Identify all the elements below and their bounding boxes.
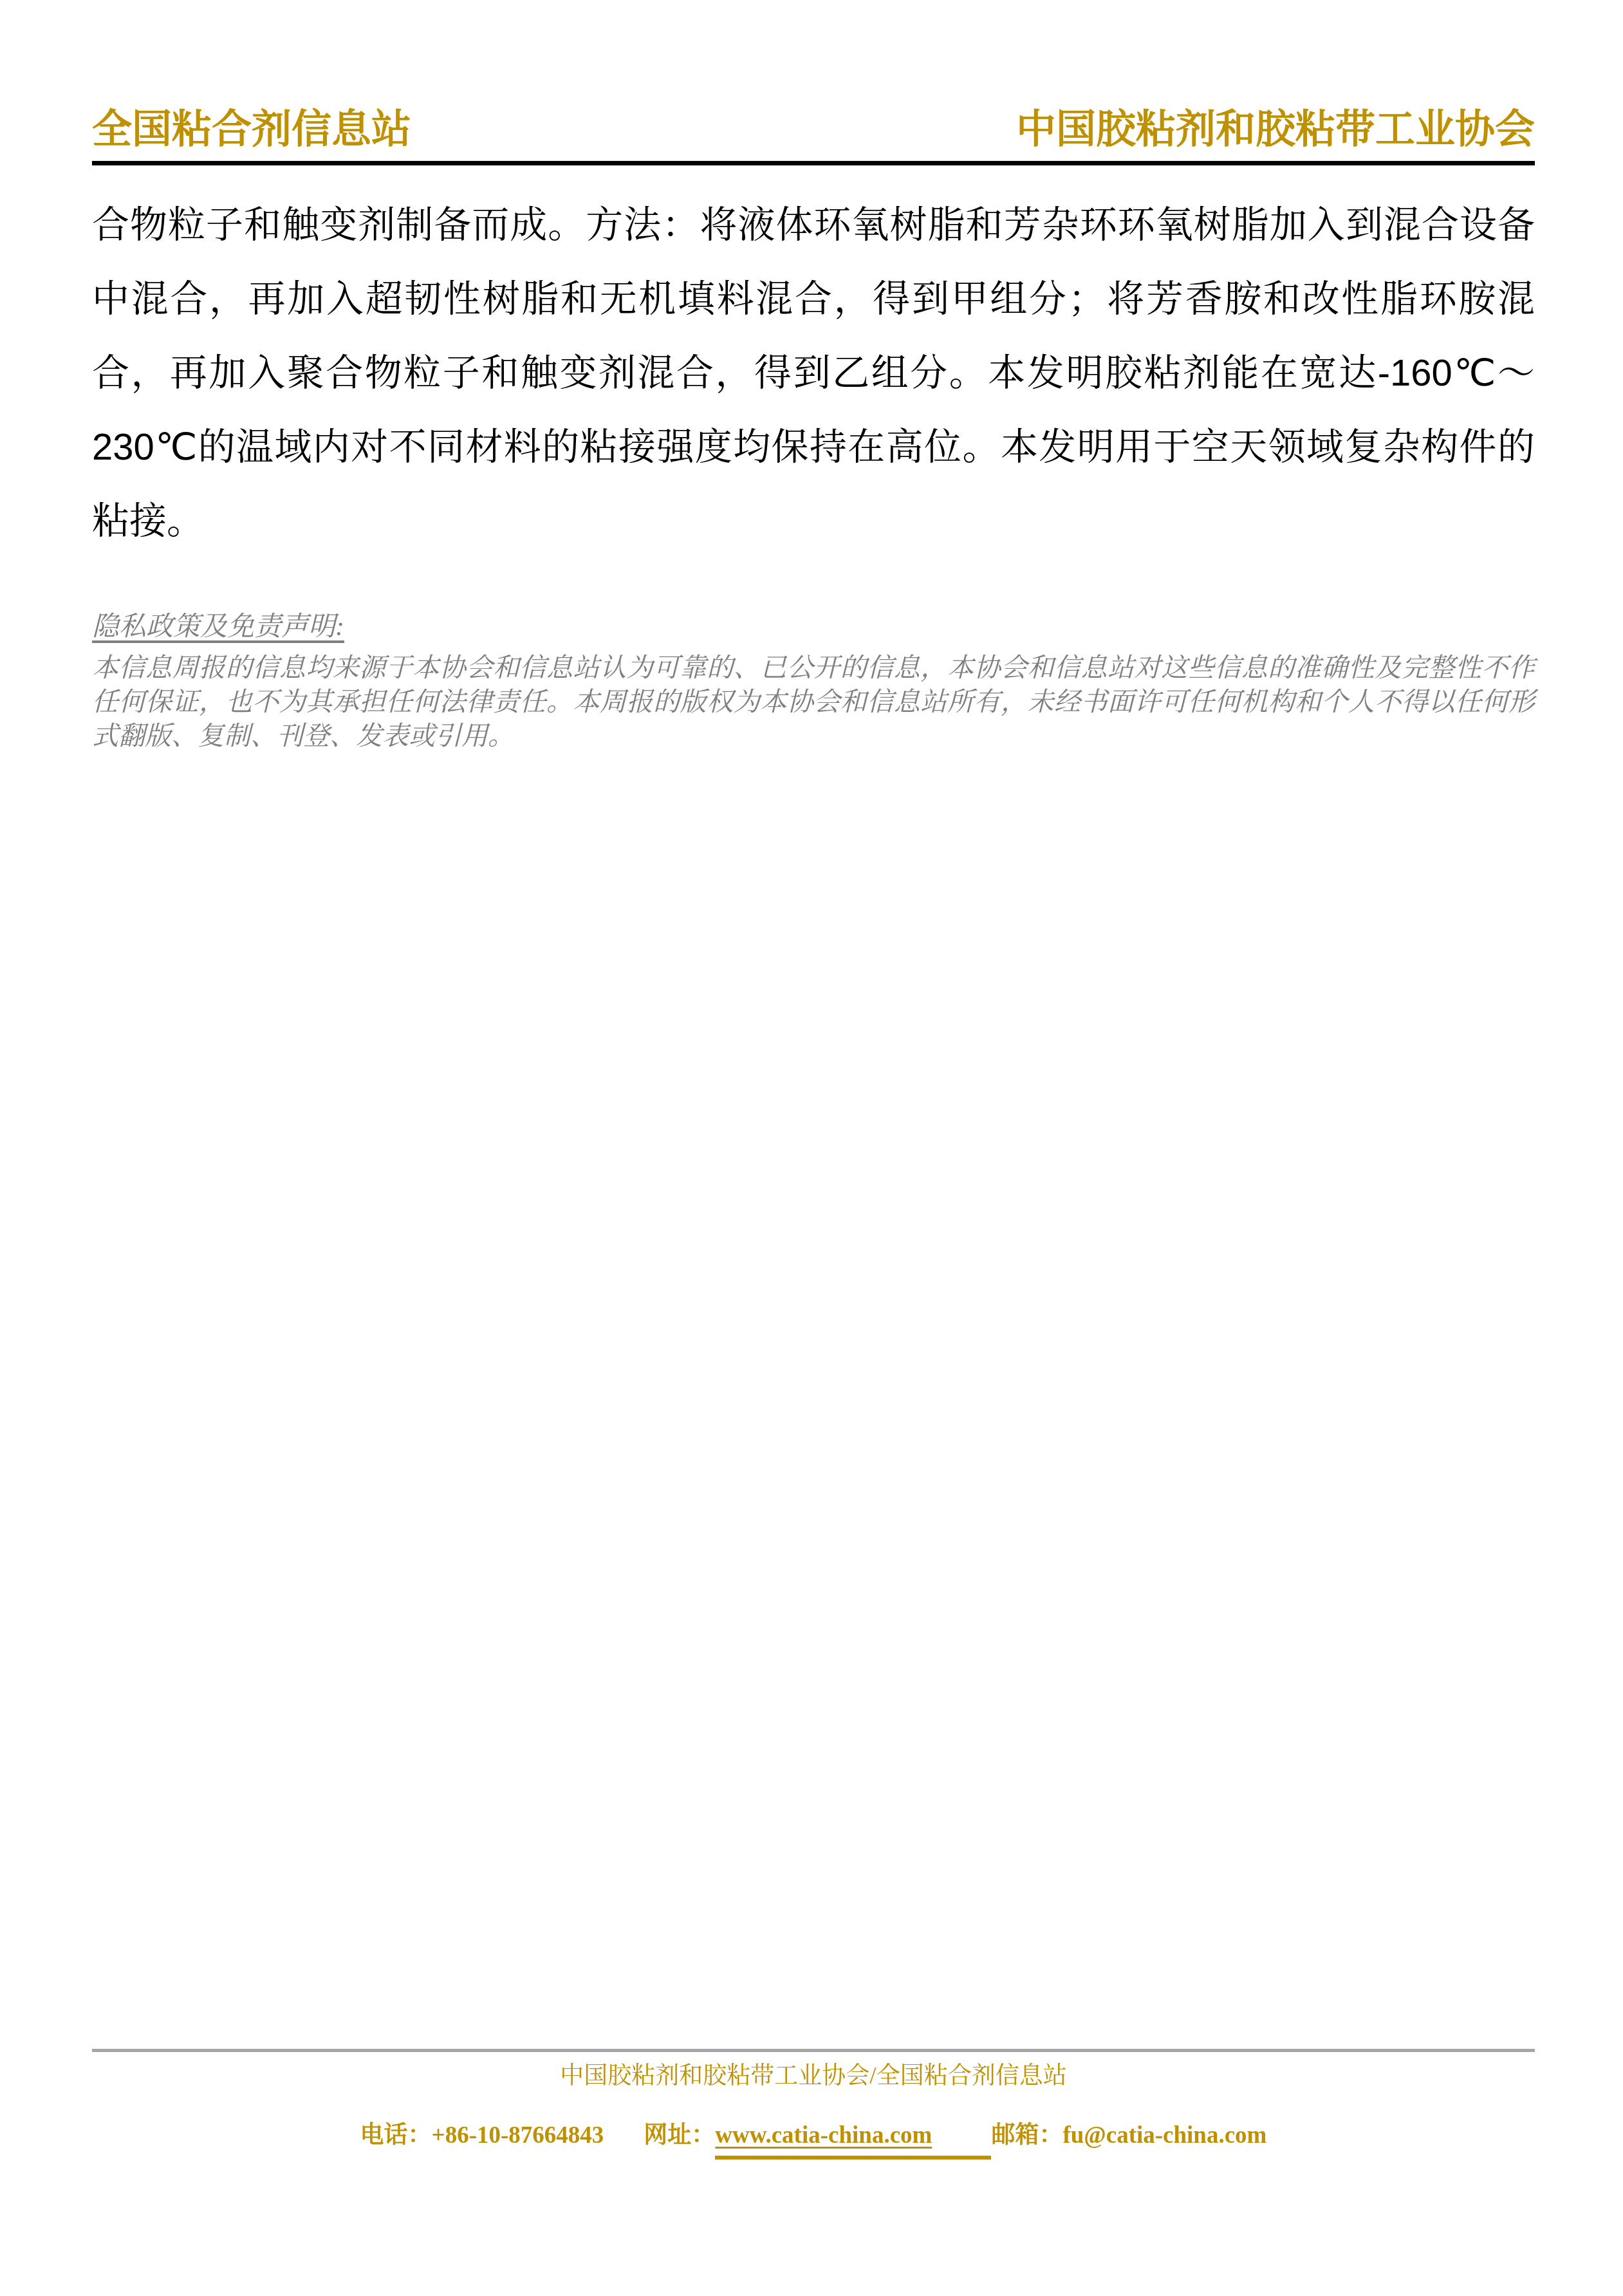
- footer-website-group: 网址：www.catia-china.com: [644, 2122, 991, 2159]
- page-header: 全国粘合剂信息站 中国胶粘剂和胶粘带工业协会: [92, 108, 1535, 165]
- phone-label: 电话：: [360, 2122, 432, 2149]
- website-label: 网址：: [644, 2122, 715, 2149]
- footer-email-group: 邮箱：fu@catia-china.com: [991, 2122, 1266, 2150]
- footer-contact-line: 电话：+86-10-87664843网址：www.catia-china.com…: [92, 2122, 1535, 2159]
- footer-organization-line: 中国胶粘剂和胶粘带工业协会/全国粘合剂信息站: [92, 2062, 1535, 2091]
- abstract-paragraph: 合物粒子和触变剂制备而成。方法：将液体环氧树脂和芳杂环环氧树脂加入到混合设备中混…: [92, 188, 1535, 558]
- phone-number: +86-10-87664843: [432, 2122, 604, 2149]
- email-label: 邮箱：: [991, 2122, 1062, 2149]
- website-link[interactable]: www.catia-china.com: [715, 2122, 991, 2159]
- document-page: 全国粘合剂信息站 中国胶粘剂和胶粘带工业协会 合物粒子和触变剂制备而成。方法：将…: [0, 0, 1623, 2296]
- footer-phone-group: 电话：+86-10-87664843: [360, 2122, 604, 2150]
- email-address: fu@catia-china.com: [1062, 2122, 1266, 2149]
- page-footer: 中国胶粘剂和胶粘带工业协会/全国粘合剂信息站 电话：+86-10-8766484…: [92, 2049, 1535, 2160]
- disclaimer-text: 本信息周报的信息均来源于本协会和信息站认为可靠的、已公开的信息，本协会和信息站对…: [92, 651, 1535, 753]
- header-left-title: 全国粘合剂信息站: [92, 108, 411, 152]
- disclaimer-heading: 隐私政策及免责声明:: [92, 610, 344, 644]
- header-right-title: 中国胶粘剂和胶粘带工业协会: [1016, 108, 1535, 152]
- disclaimer-section: 隐私政策及免责声明: 本信息周报的信息均来源于本协会和信息站认为可靠的、已公开的…: [92, 610, 1535, 753]
